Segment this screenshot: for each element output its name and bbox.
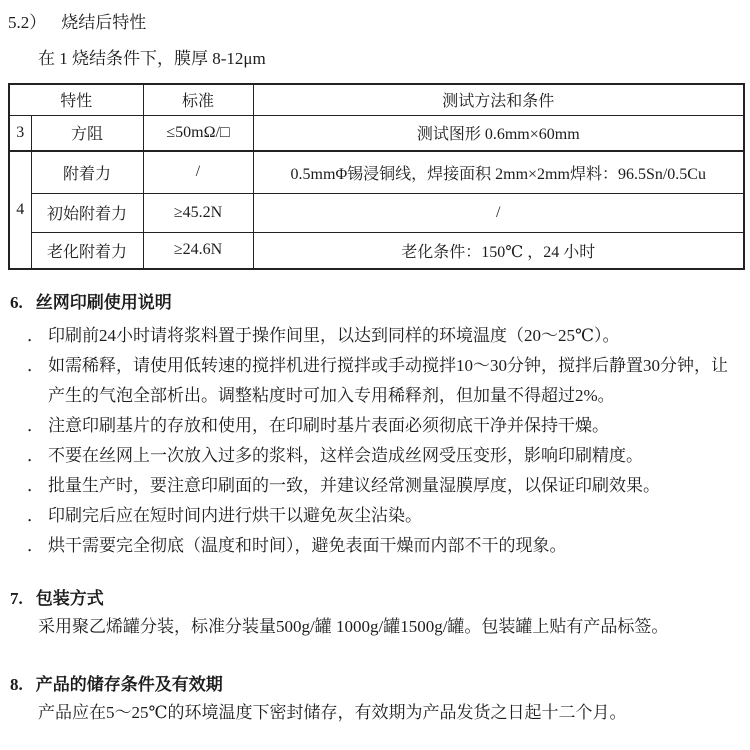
instruction-bullet: ．不要在丝网上一次放入过多的浆料，这样会造成丝网受压变形，影响印刷精度。 xyxy=(0,441,750,471)
characteristics-table: 特性 标准 测试方法和条件 3 方阻 ≤50mΩ/□ 测试图形 0.6mm×60… xyxy=(8,83,745,270)
bullet-marker: ． xyxy=(27,501,44,531)
row-number-cell: 4 xyxy=(9,151,31,269)
instruction-text: 印刷前24小时请将浆料置于操作间里，以达到同样的环境温度（20～25℃）。 xyxy=(48,326,620,345)
table-row: 初始附着力 ≥45.2N / xyxy=(9,193,744,232)
bullet-marker: ． xyxy=(27,471,44,501)
method-cell: 0.5mmΦ锡浸铜线，焊接面积 2mm×2mm焊料：96.5Sn/0.5Cu xyxy=(253,151,744,193)
instruction-bullet: ．批量生产时，要注意印刷面的一致，并建议经常测量湿膜厚度，以保证印刷效果。 xyxy=(0,471,750,501)
method-cell: 测试图形 0.6mm×60mm xyxy=(253,115,744,151)
packaging-description: 采用聚乙烯罐分装，标准分装量500g/罐 1000g/罐1500g/罐。包装罐上… xyxy=(38,616,742,637)
document-page: { "section_5_2": { "number": "5.2）", "ti… xyxy=(0,0,750,750)
bullet-marker: ． xyxy=(27,441,44,471)
section-7-number: 7. xyxy=(10,589,23,608)
instruction-bullet: ．印刷前24小时请将浆料置于操作间里，以达到同样的环境温度（20～25℃）。 xyxy=(0,321,750,351)
sintering-condition-note: 在 1 烧结条件下，膜厚 8-12μm xyxy=(38,49,750,69)
storage-description: 产品应在5～25℃的环境温度下密封储存，有效期为产品发货之日起十二个月。 xyxy=(38,702,742,723)
col-header-method: 测试方法和条件 xyxy=(253,84,744,115)
standard-cell: ≤50mΩ/□ xyxy=(143,115,253,151)
instruction-text: 印刷完后应在短时间内进行烘干以避免灰尘沾染。 xyxy=(48,506,422,525)
characteristic-cell: 初始附着力 xyxy=(31,193,143,232)
section-6-heading: 6.丝网印刷使用说明 xyxy=(10,293,750,313)
table-row: 老化附着力 ≥24.6N 老化条件：150℃ ，24 小时 xyxy=(9,232,744,269)
instruction-text: 如需稀释，请使用低转速的搅拌机进行搅拌或手动搅拌10～30分钟，搅拌后静置30分… xyxy=(48,356,728,405)
section-5-2-number: 5.2） xyxy=(8,13,46,32)
table-header-row: 特性 标准 测试方法和条件 xyxy=(9,84,744,115)
standard-cell: ≥24.6N xyxy=(143,232,253,269)
instruction-text: 烘干需要完全彻底（温度和时间），避免表面干燥而内部不干的现象。 xyxy=(48,536,567,555)
section-6-title: 丝网印刷使用说明 xyxy=(36,293,172,312)
method-cell: 老化条件：150℃ ，24 小时 xyxy=(253,232,744,269)
section-5-2-heading: 5.2）烧结后特性 xyxy=(8,13,750,33)
standard-cell: / xyxy=(143,151,253,193)
section-6-number: 6. xyxy=(10,293,23,312)
bullet-marker: ． xyxy=(27,351,44,381)
section-5-2-title: 烧结后特性 xyxy=(61,13,146,32)
section-8-number: 8. xyxy=(10,675,23,694)
instruction-text: 不要在丝网上一次放入过多的浆料，这样会造成丝网受压变形，影响印刷精度。 xyxy=(48,446,643,465)
instruction-text: 注意印刷基片的存放和使用，在印刷时基片表面必须彻底干净并保持干燥。 xyxy=(48,416,609,435)
bullet-marker: ． xyxy=(27,321,44,351)
standard-cell: ≥45.2N xyxy=(143,193,253,232)
bullet-marker: ． xyxy=(27,411,44,441)
section-8-heading: 8.产品的储存条件及有效期 xyxy=(10,675,750,695)
row-number-cell: 3 xyxy=(9,115,31,151)
characteristic-cell: 老化附着力 xyxy=(31,232,143,269)
method-cell: / xyxy=(253,193,744,232)
col-header-standard: 标准 xyxy=(143,84,253,115)
section-8-title: 产品的储存条件及有效期 xyxy=(36,675,223,694)
printing-instructions-list: ．印刷前24小时请将浆料置于操作间里，以达到同样的环境温度（20～25℃）。 ．… xyxy=(0,321,750,561)
characteristic-cell: 方阻 xyxy=(31,115,143,151)
instruction-bullet: ．注意印刷基片的存放和使用，在印刷时基片表面必须彻底干净并保持干燥。 xyxy=(0,411,750,441)
section-7-title: 包装方式 xyxy=(36,589,104,608)
bullet-marker: ． xyxy=(27,531,44,561)
table-row: 3 方阻 ≤50mΩ/□ 测试图形 0.6mm×60mm xyxy=(9,115,744,151)
col-header-characteristic: 特性 xyxy=(9,84,143,115)
section-7-heading: 7.包装方式 xyxy=(10,589,750,609)
instruction-text: 批量生产时，要注意印刷面的一致，并建议经常测量湿膜厚度，以保证印刷效果。 xyxy=(48,476,660,495)
instruction-bullet: ．印刷完后应在短时间内进行烘干以避免灰尘沾染。 xyxy=(0,501,750,531)
instruction-bullet: ．如需稀释，请使用低转速的搅拌机进行搅拌或手动搅拌10～30分钟，搅拌后静置30… xyxy=(0,351,750,411)
characteristic-cell: 附着力 xyxy=(31,151,143,193)
table-row: 4 附着力 / 0.5mmΦ锡浸铜线，焊接面积 2mm×2mm焊料：96.5Sn… xyxy=(9,151,744,193)
instruction-bullet: ．烘干需要完全彻底（温度和时间），避免表面干燥而内部不干的现象。 xyxy=(0,531,750,561)
